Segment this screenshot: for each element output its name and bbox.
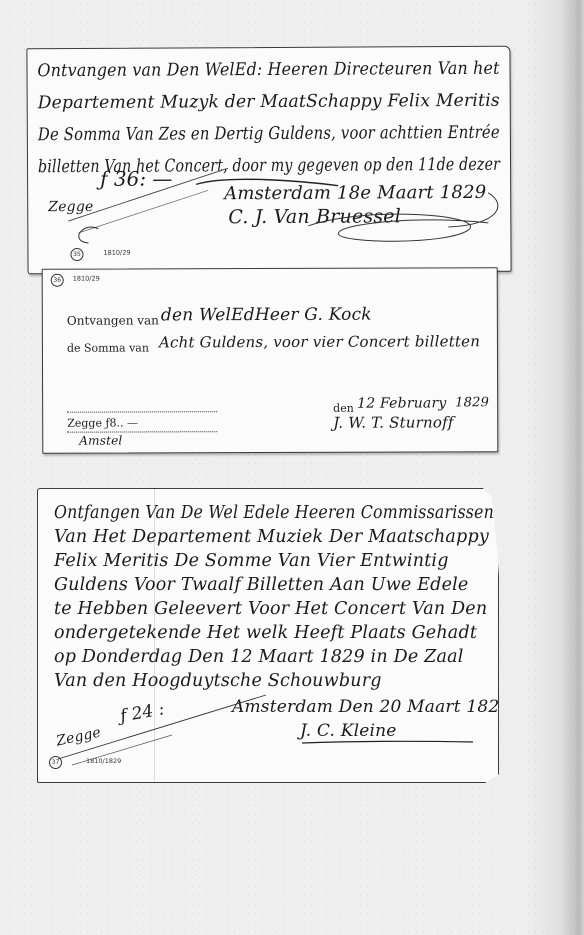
amount-label: Zegge [48, 199, 93, 215]
receipt-document-2: 36 1810/29 Ontvangen van den WelEdHeer G… [42, 267, 499, 454]
amount-value: ƒ 36: — [100, 167, 172, 191]
receipt-line: op Donderdag Den 12 Maart 1829 in De Zaa… [54, 647, 464, 667]
page-edge-shadow [524, 0, 584, 935]
receipt-document-1: Ontvangen van Den WelEd: Heeren Directeu… [26, 46, 511, 275]
printed-label-sum: de Somma van [67, 341, 149, 354]
amount-value: Zegge ƒ8.. — [67, 416, 138, 429]
place-name: Amstel [79, 434, 122, 448]
receipt-line: Guldens Voor Twaalf Billetten Aan Uwe Ed… [54, 575, 468, 595]
printed-label-received-from: Ontvangen van [67, 313, 159, 327]
receipt-line: te Hebben Geleevert Voor Het Concert Van… [54, 599, 487, 619]
receipt-line: De Somma Van Zes en Dertig Guldens, voor… [38, 123, 500, 145]
receipt-line: Ontvangen van Den WelEd: Heeren Directeu… [37, 59, 499, 81]
decorative-rule [67, 411, 217, 416]
place-date: Amsterdam 18e Maart 1829 [224, 182, 486, 204]
sum-description: Acht Guldens, voor vier Concert billette… [159, 332, 480, 351]
amount-value: ƒ 24 : [119, 699, 166, 726]
signature: J. C. Kleine [300, 721, 397, 741]
place-date: Amsterdam Den 20 Maart 1829 [232, 697, 510, 717]
receipt-line: Departement Muzyk der MaatSchappy Felix … [38, 91, 500, 113]
archive-stamp: 37 [49, 756, 62, 769]
signature: J. W. T. Sturnoff [333, 413, 453, 431]
receipt-line: Ontfangen Van De Wel Edele Heeren Commis… [54, 503, 494, 523]
payer-name: den WelEdHeer G. Kock [161, 305, 372, 326]
date-value: 12 February [357, 395, 446, 411]
receipt-line: Van den Hoogduytsche Schouwburg [54, 671, 382, 691]
archive-stamp: 36 [51, 274, 64, 287]
year-value: 1829 [455, 395, 489, 410]
inventory-number: 1810/29 [73, 275, 100, 283]
receipt-line: Van Het Departement Muziek Der Maatschap… [54, 527, 489, 547]
inventory-number: 1810/1829 [86, 757, 121, 765]
inventory-number: 1810/29 [103, 249, 130, 257]
archive-stamp: 35 [70, 248, 83, 261]
receipt-document-3: Ontfangen Van De Wel Edele Heeren Commis… [37, 488, 499, 783]
receipt-line: ondergetekende Het welk Heeft Plaats Geh… [54, 623, 477, 643]
receipt-line: Felix Meritis De Somme Van Vier Entwinti… [54, 551, 449, 571]
signature: C. J. Van Bruessel [228, 205, 401, 228]
amount-label: Zegge [55, 724, 103, 749]
